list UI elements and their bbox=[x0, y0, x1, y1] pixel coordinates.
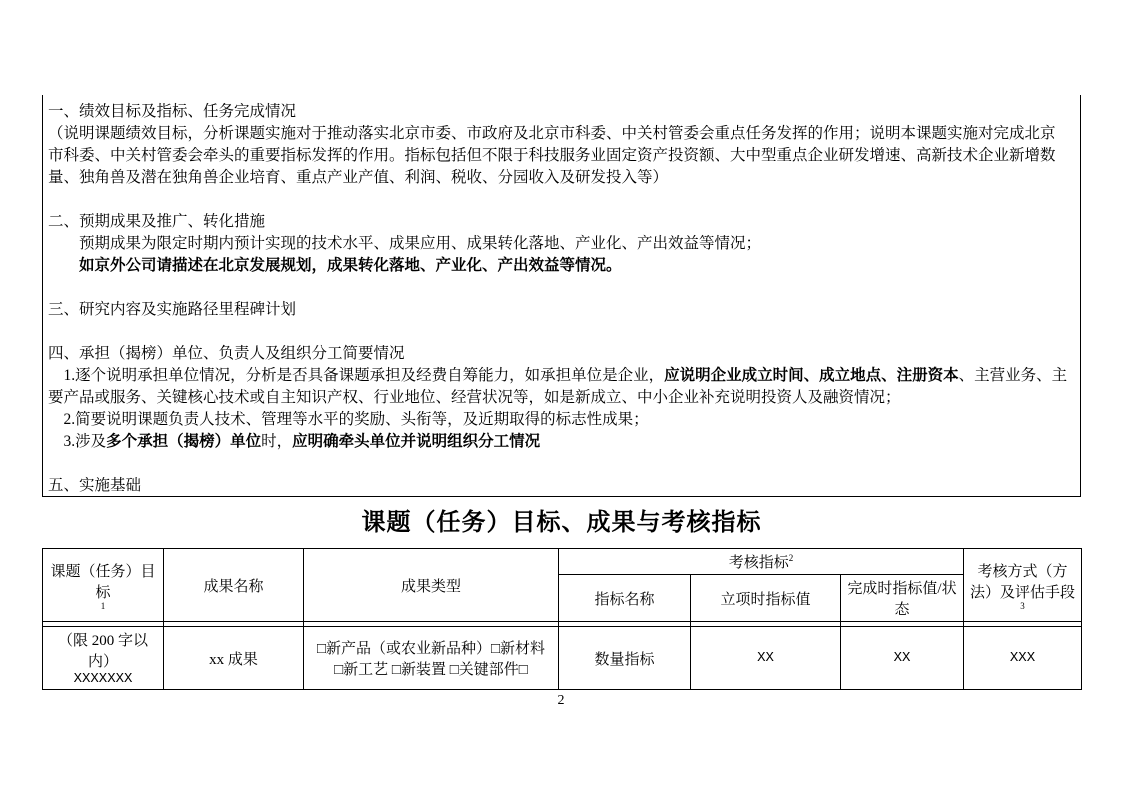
result-type-options-line-1: □新产品（或农业新品种）□新材料 bbox=[308, 637, 554, 658]
header-result-name: 成果名称 bbox=[164, 549, 304, 622]
item-3-text-cont: 时， bbox=[261, 433, 292, 450]
item-1-text: 1.逐个说明承担单位情况，分析是否具备课题承担及经费自筹能力，如承担单位是企业， bbox=[64, 367, 665, 384]
section-4-heading: 四、承担（揭榜）单位、负责人及组织分工简要情况 bbox=[48, 343, 1070, 365]
table-row: （限 200 字以内） XXXXXXX xx 成果 □新产品（或农业新品种）□新… bbox=[43, 627, 1082, 690]
section-4-item-2: 2.简要说明课题负责人技术、管理等水平的奖励、头衔等，及近期取得的标志性成果； bbox=[48, 409, 1070, 431]
header-row-1: 课题（任务）目标 1 成果名称 成果类型 考核指标2 考核方式（方法）及评估手段… bbox=[43, 549, 1082, 575]
spacer bbox=[48, 277, 1070, 299]
cell-result-name: xx 成果 bbox=[164, 627, 304, 690]
indicator-table: 课题（任务）目标 1 成果名称 成果类型 考核指标2 考核方式（方法）及评估手段… bbox=[42, 548, 1082, 690]
item-3-text: 3.涉及 bbox=[64, 433, 107, 450]
header-value-at-start: 立项时指标值 bbox=[691, 575, 841, 622]
spacer bbox=[48, 189, 1070, 211]
header-goal: 课题（任务）目标 1 bbox=[43, 549, 164, 622]
cell-value-at-start: XX bbox=[691, 627, 841, 690]
section-4-item-1: 1.逐个说明承担单位情况，分析是否具备课题承担及经费自筹能力，如承担单位是企业，… bbox=[48, 365, 1070, 409]
spacer bbox=[48, 453, 1070, 475]
section-2-line-1: 预期成果为限定时期内预计实现的技术水平、成果应用、成果转化落地、产业化、产出效益… bbox=[48, 233, 1070, 255]
table-title: 课题（任务）目标、成果与考核指标 bbox=[42, 502, 1081, 537]
cell-value-at-finish: XX bbox=[841, 627, 964, 690]
section-3-heading: 三、研究内容及实施路径里程碑计划 bbox=[48, 299, 1070, 321]
header-method-label: 考核方式（方法）及评估手段 bbox=[968, 560, 1077, 602]
cell-indicator-name: 数量指标 bbox=[559, 627, 691, 690]
spacer bbox=[48, 321, 1070, 343]
item-1-bold-text: 应说明企业成立时间、成立地点、注册资本 bbox=[664, 367, 959, 384]
cell-method: XXX bbox=[964, 627, 1082, 690]
header-goal-label: 课题（任务）目标 bbox=[47, 560, 159, 602]
item-3-bold-text-2: 应明确牵头单位并说明组织分工情况 bbox=[292, 433, 540, 450]
header-method: 考核方式（方法）及评估手段 3 bbox=[964, 549, 1082, 622]
header-indicator-name: 指标名称 bbox=[559, 575, 691, 622]
section-4-item-3: 3.涉及多个承担（揭榜）单位时，应明确牵头单位并说明组织分工情况 bbox=[48, 431, 1070, 453]
result-type-options-line-2: □新工艺 □新装置 □关键部件□ bbox=[308, 658, 554, 679]
header-assessment-footnote: 2 bbox=[789, 553, 794, 563]
section-1-paragraph: （说明课题绩效目标，分析课题实施对于推动落实北京市委、市政府及北京市科委、中关村… bbox=[48, 123, 1070, 189]
header-goal-footnote: 1 bbox=[47, 602, 159, 611]
section-1-heading: 一、绩效目标及指标、任务完成情况 bbox=[48, 101, 1070, 123]
header-assessment-group: 考核指标2 bbox=[559, 549, 964, 575]
cell-result-type: □新产品（或农业新品种）□新材料 □新工艺 □新装置 □关键部件□ bbox=[304, 627, 559, 690]
page-number: 2 bbox=[0, 693, 1122, 709]
header-value-at-finish: 完成时指标值/状态 bbox=[841, 575, 964, 622]
instructions-box: 一、绩效目标及指标、任务完成情况 （说明课题绩效目标，分析课题实施对于推动落实北… bbox=[42, 95, 1081, 497]
cell-goal-placeholder: XXXXXXX bbox=[47, 671, 159, 687]
item-3-bold-text: 多个承担（揭榜）单位 bbox=[106, 433, 261, 450]
section-2-bold-text: 如京外公司请描述在北京发展规划，成果转化落地、产业化、产出效益等情况。 bbox=[79, 257, 622, 274]
section-5-heading: 五、实施基础 bbox=[48, 475, 1070, 497]
header-assessment-label: 考核指标 bbox=[729, 555, 789, 571]
cell-goal: （限 200 字以内） XXXXXXX bbox=[43, 627, 164, 690]
section-2-line-2: 如京外公司请描述在北京发展规划，成果转化落地、产业化、产出效益等情况。 bbox=[48, 255, 1070, 277]
cell-goal-limit: （限 200 字以内） bbox=[47, 629, 159, 671]
header-result-type: 成果类型 bbox=[304, 549, 559, 622]
header-method-footnote: 3 bbox=[968, 602, 1077, 611]
section-2-heading: 二、预期成果及推广、转化措施 bbox=[48, 211, 1070, 233]
